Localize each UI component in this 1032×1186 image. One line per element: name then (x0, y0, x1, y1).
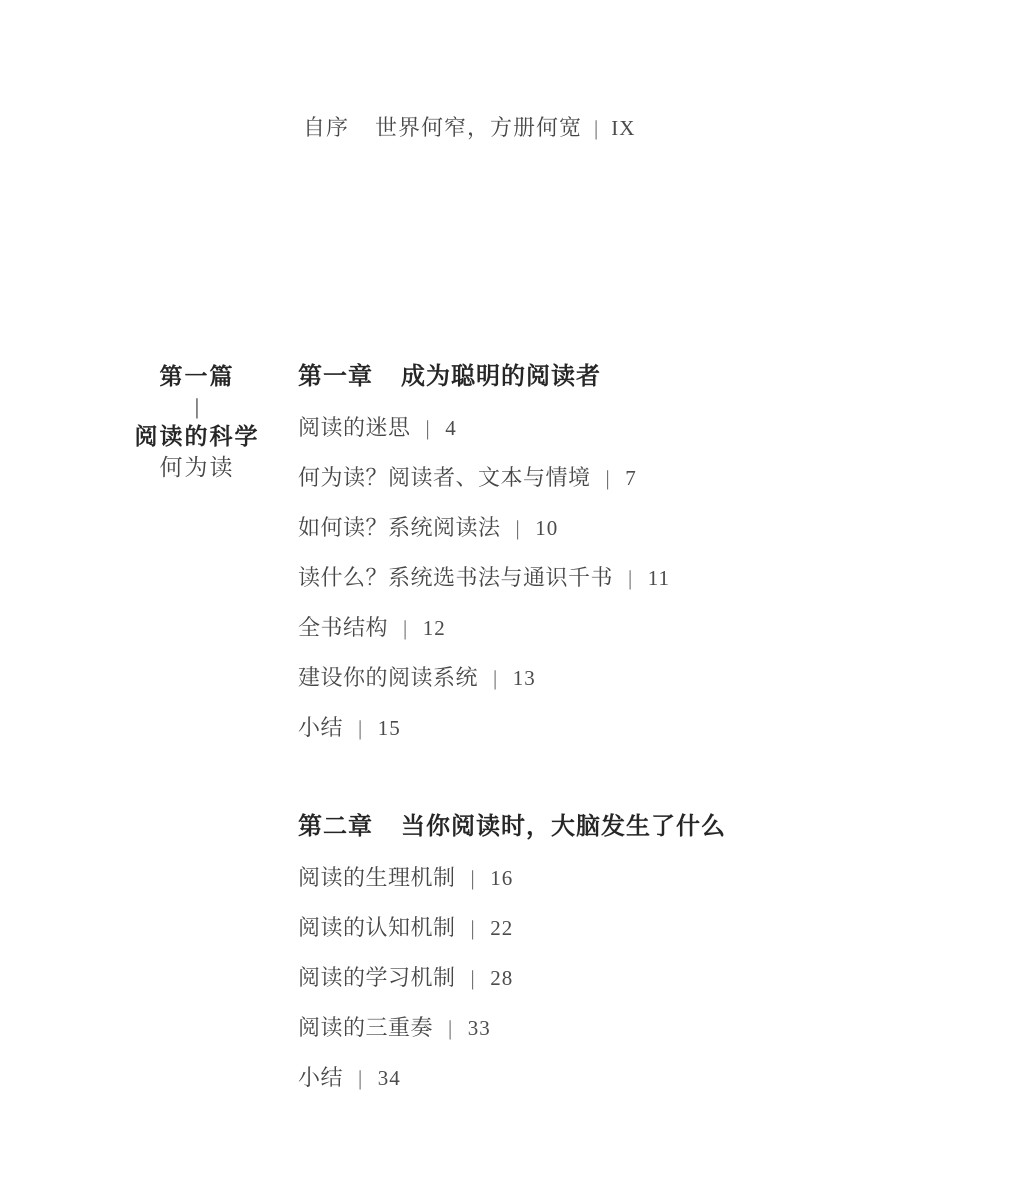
toc-entry-page-number: 12 (423, 616, 446, 640)
separator-bar: | (471, 966, 476, 990)
separator-bar: | (403, 616, 408, 640)
separator-bar: | (628, 566, 633, 590)
part-title: 阅读的科学 (122, 422, 272, 452)
separator-bar: | (358, 716, 363, 740)
toc-entry-page-number: 22 (490, 916, 513, 940)
separator-bar: | (594, 116, 599, 140)
part-section-label: 何为读 (122, 452, 272, 484)
toc-entry-title: 阅读的迷思 (298, 415, 411, 440)
toc-entry-page-number: 7 (625, 466, 637, 490)
toc-entry-page-number: 16 (490, 866, 513, 890)
toc-entry: 阅读的生理机制|16 (298, 864, 858, 892)
chapter-number: 第一章 (298, 364, 373, 390)
toc-entry-title: 全书结构 (298, 615, 388, 640)
chapter-number: 第二章 (298, 814, 373, 840)
toc-entry-title: 读什么？系统选书法与通识千书 (298, 565, 613, 590)
toc-entry-title: 建设你的阅读系统 (298, 665, 478, 690)
toc-entry: 阅读的认知机制|22 (298, 914, 858, 942)
toc-entry: 如何读？系统阅读法|10 (298, 514, 858, 542)
toc-entry-title: 如何读？系统阅读法 (298, 515, 501, 540)
toc-entry-page-number: 13 (513, 666, 536, 690)
toc-entry-title: 小结 (298, 715, 343, 740)
toc-entry: 读什么？系统选书法与通识千书|11 (298, 564, 858, 592)
separator-bar: | (358, 1066, 363, 1090)
separator-bar: | (493, 666, 498, 690)
toc-entry-page-number: 28 (490, 966, 513, 990)
separator-bar: | (448, 1016, 453, 1040)
toc-entry: 何为读？阅读者、文本与情境|7 (298, 464, 858, 492)
separator-bar: | (471, 866, 476, 890)
separator-bar: | (471, 916, 476, 940)
toc-entry-page-number: 15 (378, 716, 401, 740)
chapter-block-1: 第一章成为聪明的阅读者 阅读的迷思|4 何为读？阅读者、文本与情境|7 如何读？… (298, 362, 858, 742)
book-toc-page: 自序世界何窄，方册何宽|IX 第一篇 | 阅读的科学 何为读 第一章成为聪明的阅… (0, 0, 1032, 1186)
toc-entry: 阅读的学习机制|28 (298, 964, 858, 992)
toc-entry: 全书结构|12 (298, 614, 858, 642)
toc-entry-page-number: 4 (445, 416, 457, 440)
toc-entry-title: 阅读的学习机制 (298, 965, 456, 990)
toc-entry-title: 小结 (298, 1065, 343, 1090)
chapter-title: 成为聪明的阅读者 (401, 364, 601, 390)
toc-main-column: 第一章成为聪明的阅读者 阅读的迷思|4 何为读？阅读者、文本与情境|7 如何读？… (298, 362, 858, 1092)
toc-entry-page-number: 34 (378, 1066, 401, 1090)
separator-bar: | (426, 416, 431, 440)
part-label-block: 第一篇 | 阅读的科学 何为读 (122, 362, 272, 484)
toc-entry: 建设你的阅读系统|13 (298, 664, 858, 692)
part-divider-bar: | (122, 392, 272, 422)
chapter-block-2: 第二章当你阅读时，大脑发生了什么 阅读的生理机制|16 阅读的认知机制|22 阅… (298, 812, 858, 1092)
preface-page-number: IX (611, 116, 635, 140)
toc-entry-page-number: 10 (535, 516, 558, 540)
toc-entry: 小结|15 (298, 714, 858, 742)
toc-entry-title: 何为读？阅读者、文本与情境 (298, 465, 591, 490)
chapter-1-heading: 第一章成为聪明的阅读者 (298, 362, 858, 392)
toc-entry: 阅读的三重奏|33 (298, 1014, 858, 1042)
preface-entry: 自序世界何窄，方册何宽|IX (303, 114, 635, 142)
chapter-2-heading: 第二章当你阅读时，大脑发生了什么 (298, 812, 858, 842)
separator-bar: | (516, 516, 521, 540)
toc-entry-title: 阅读的认知机制 (298, 915, 456, 940)
toc-entry: 小结|34 (298, 1064, 858, 1092)
toc-entry: 阅读的迷思|4 (298, 414, 858, 442)
toc-entry-title: 阅读的生理机制 (298, 865, 456, 890)
toc-entry-title: 阅读的三重奏 (298, 1015, 433, 1040)
preface-title: 世界何窄，方册何宽 (375, 115, 582, 140)
preface-label: 自序 (303, 115, 349, 140)
toc-entry-page-number: 11 (648, 566, 670, 590)
toc-entry-page-number: 33 (468, 1016, 491, 1040)
part-number: 第一篇 (122, 362, 272, 392)
separator-bar: | (606, 466, 611, 490)
chapter-title: 当你阅读时，大脑发生了什么 (401, 814, 726, 840)
